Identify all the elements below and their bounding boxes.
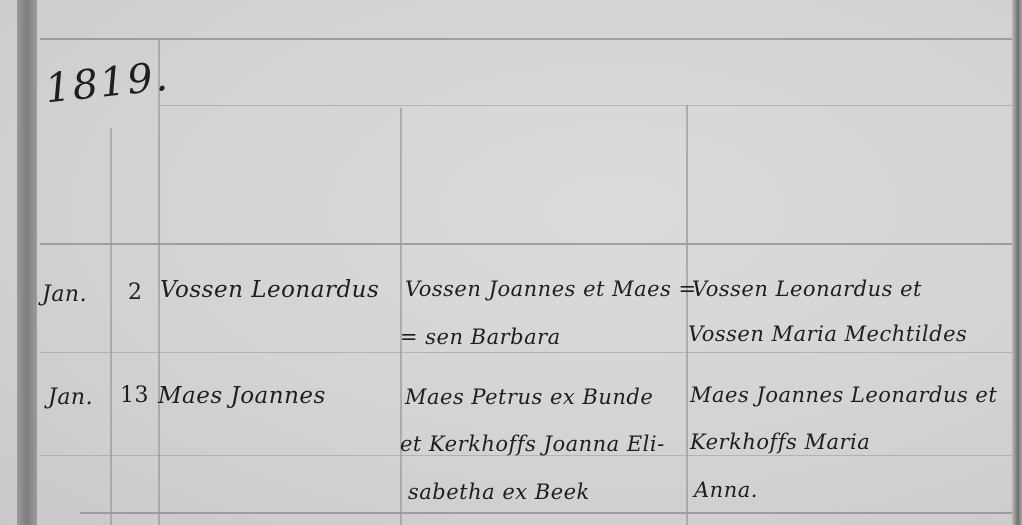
entry-parents-line: et Kerkhoffs Joanna Eli- [400, 432, 665, 456]
entry-month: Jan. [42, 282, 87, 307]
entry-parents-line: = sen Barbara [400, 325, 561, 349]
column-divider-month [110, 128, 112, 525]
ruled-line-row [80, 512, 1012, 514]
entry-day: 2 [128, 280, 143, 305]
entry-child-name: Vossen Leonardus [160, 277, 379, 303]
entry-godparents-line: Kerkhoffs Maria [690, 430, 870, 454]
column-divider-name [400, 108, 402, 525]
entry-day: 13 [120, 383, 149, 408]
ruled-line-top [40, 38, 1012, 40]
column-divider-parents [686, 105, 688, 525]
entry-godparents-line: Maes Joannes Leonardus et [690, 383, 997, 407]
entry-parents-line: sabetha ex Beek [408, 480, 590, 504]
entry-godparents-line: Vossen Leonardus et [692, 277, 922, 301]
ruled-line-header-bottom [40, 243, 1012, 245]
entry-parents-line: Vossen Joannes et Maes = [405, 277, 697, 301]
entry-godparents-line: Vossen Maria Mechtildes [688, 322, 967, 346]
entry-month: Jan. [48, 385, 93, 410]
ruled-line-row [40, 352, 1012, 353]
entry-child-name: Maes Joannes [158, 383, 326, 409]
page-binding-edge [17, 0, 37, 525]
entry-parents-line: Maes Petrus ex Bunde [405, 385, 653, 409]
register-page: 1819. Jan. 2 Vossen Leonardus Vossen Joa… [0, 0, 1022, 525]
year-heading: 1819. [43, 54, 172, 113]
entry-godparents-line: Anna. [694, 478, 758, 502]
page-right-edge [1012, 0, 1022, 525]
ruled-line-header [160, 105, 1012, 106]
